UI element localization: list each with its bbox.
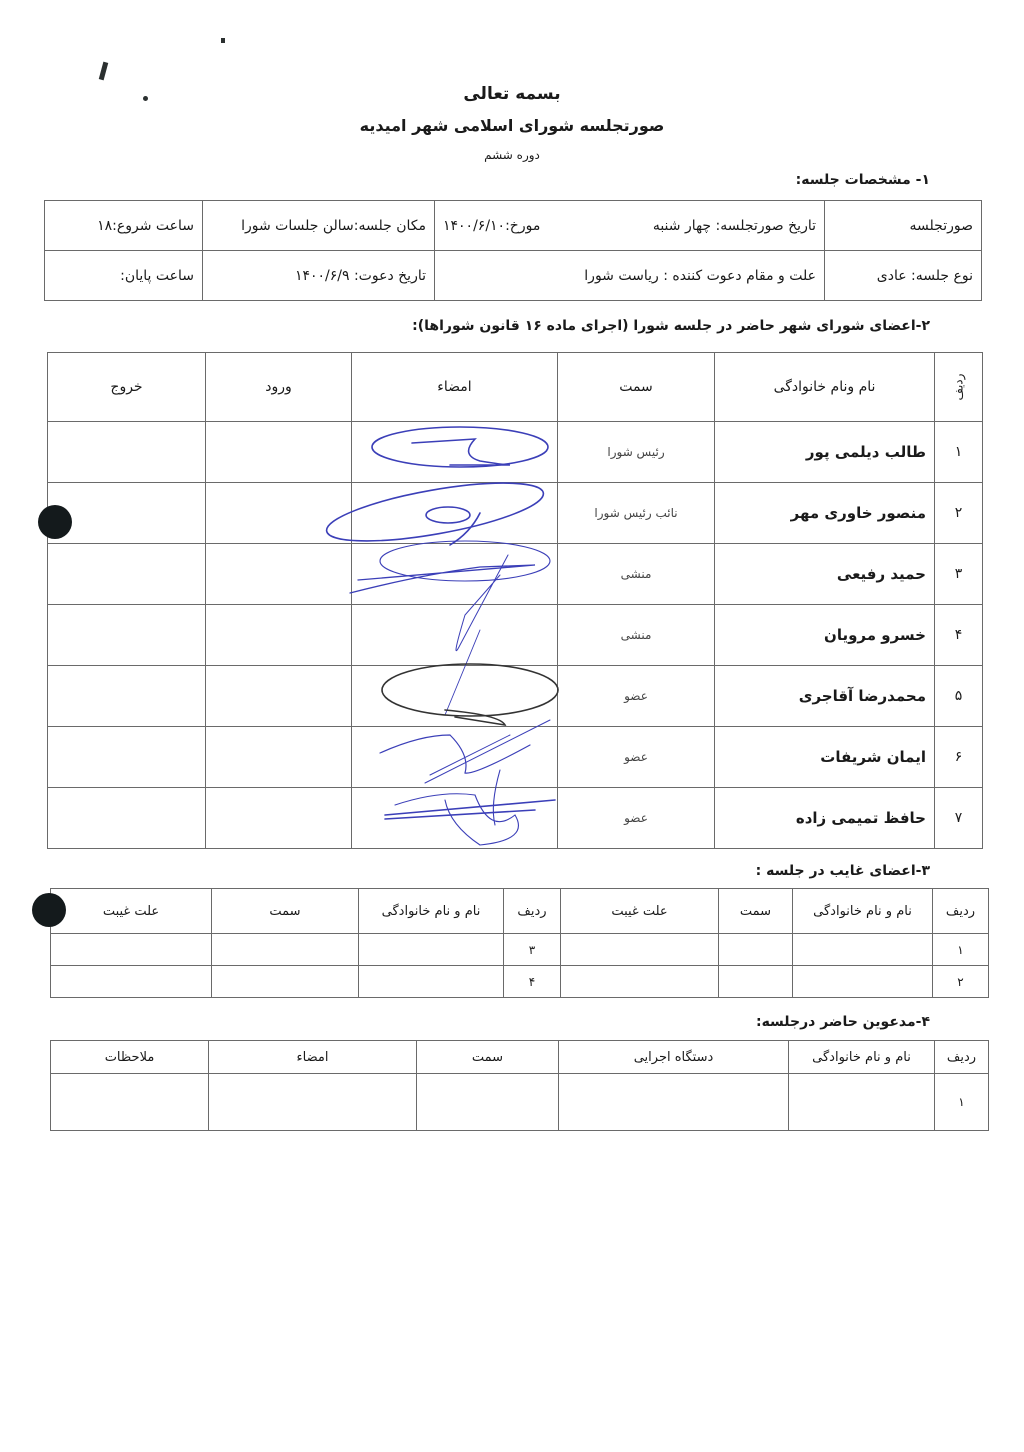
absence-reason — [51, 934, 212, 966]
header-signature: امضاء — [352, 353, 558, 422]
member-name: طالب دیلمی پور — [715, 422, 935, 483]
meeting-info-row: صورتجلسه تاریخ صورتجلسه: چهار شنبه مورخ:… — [45, 201, 982, 251]
header-full-name: نام و نام خانوادگی — [789, 1041, 935, 1074]
entry-cell — [206, 788, 352, 849]
signature-cell — [352, 788, 558, 849]
meeting-info-table: صورتجلسه تاریخ صورتجلسه: چهار شنبه مورخ:… — [44, 200, 982, 301]
header-exit: خروج — [48, 353, 206, 422]
bismillah-heading: بسمه تعالی — [0, 84, 1024, 104]
signature-cell — [352, 727, 558, 788]
header-full-name: نام و نام خانوادگی — [793, 889, 933, 934]
absent-name — [793, 966, 933, 998]
member-role: منشی — [558, 605, 715, 666]
header-entry: ورود — [206, 353, 352, 422]
minutes-date-value: مورخ:۱۴۰۰/۶/۱۰ — [443, 218, 540, 234]
invitee-role — [417, 1074, 559, 1131]
section1-label: ۱- مشخصات جلسه: — [796, 172, 930, 188]
entry-cell — [206, 666, 352, 727]
row-number: ۳ — [504, 934, 561, 966]
row-number: ۱ — [935, 422, 983, 483]
row-number: ۵ — [935, 666, 983, 727]
member-name: منصور خاوری مهر — [715, 483, 935, 544]
table-row: ۲ منصور خاوری مهر نائب رئیس شورا — [48, 483, 983, 544]
document-title: صورتجلسه شورای اسلامی شهر امیدیه — [0, 116, 1024, 135]
table-row: ۱ ۳ — [51, 934, 989, 966]
minutes-date-cell: تاریخ صورتجلسه: چهار شنبه مورخ:۱۴۰۰/۶/۱۰ — [435, 201, 825, 251]
member-role: نائب رئیس شورا — [558, 483, 715, 544]
header-notes: ملاحظات — [51, 1041, 209, 1074]
exit-cell — [48, 727, 206, 788]
absence-reason — [51, 966, 212, 998]
header-full-name: نام ونام خانوادگی — [715, 353, 935, 422]
entry-cell — [206, 544, 352, 605]
row-number: ۳ — [935, 544, 983, 605]
header-row-number: ردیف — [504, 889, 561, 934]
header-row-number: ردیف — [935, 1041, 989, 1074]
absent-role — [719, 934, 793, 966]
absent-name — [793, 934, 933, 966]
absent-name — [359, 966, 504, 998]
invitation-date: تاریخ دعوت: ۱۴۰۰/۶/۹ — [203, 251, 435, 301]
exit-cell — [48, 483, 206, 544]
punch-hole — [32, 893, 66, 927]
minutes-date-label: تاریخ صورتجلسه: چهار شنبه — [653, 218, 816, 234]
header-row-number-text: ردیف — [952, 374, 966, 401]
table-row: ۵ محمدرضا آقاجری عضو — [48, 666, 983, 727]
present-members-table: ردیف نام ونام خانوادگی سمت امضاء ورود خر… — [47, 352, 983, 849]
meeting-type: نوع جلسه: عادی — [825, 251, 982, 301]
invitee-notes — [51, 1074, 209, 1131]
table-row: ۴ خسرو مرویان منشی — [48, 605, 983, 666]
signature-cell — [352, 483, 558, 544]
exit-cell — [48, 666, 206, 727]
entry-cell — [206, 422, 352, 483]
invitee-signature — [209, 1074, 417, 1131]
member-name: ایمان شریفات — [715, 727, 935, 788]
exit-cell — [48, 788, 206, 849]
member-role: عضو — [558, 666, 715, 727]
table-row: ۶ ایمان شریفات عضو — [48, 727, 983, 788]
section4-label: ۴-مدعوین حاضر درجلسه: — [756, 1014, 930, 1030]
meeting-info-row: نوع جلسه: عادی علت و مقام دعوت کننده : ر… — [45, 251, 982, 301]
row-number: ۱ — [935, 1074, 989, 1131]
header-position: سمت — [212, 889, 359, 934]
member-role: رئیس شورا — [558, 422, 715, 483]
members-header-row: ردیف نام ونام خانوادگی سمت امضاء ورود خر… — [48, 353, 983, 422]
header-position: سمت — [719, 889, 793, 934]
table-row: ۱ — [51, 1074, 989, 1131]
row-number: ۲ — [933, 966, 989, 998]
member-name: خسرو مرویان — [715, 605, 935, 666]
start-time: ساعت شروع:۱۸ — [45, 201, 203, 251]
table-row: ۲ ۴ — [51, 966, 989, 998]
inviter: علت و مقام دعوت کننده : ریاست شورا — [435, 251, 825, 301]
header-position: سمت — [417, 1041, 559, 1074]
section3-label: ۳-اعضای غایب در جلسه : — [756, 863, 930, 879]
row-number: ۲ — [935, 483, 983, 544]
invitee-name — [789, 1074, 935, 1131]
entry-cell — [206, 483, 352, 544]
minutes-label: صورتجلسه — [825, 201, 982, 251]
council-term: دوره ششم — [0, 148, 1024, 162]
header-absence-reason: علت غیبت — [561, 889, 719, 934]
exit-cell — [48, 605, 206, 666]
scan-artifact — [221, 38, 225, 43]
member-name: حافظ تمیمی زاده — [715, 788, 935, 849]
header-position: سمت — [558, 353, 715, 422]
row-number: ۱ — [933, 934, 989, 966]
row-number: ۴ — [935, 605, 983, 666]
absent-role — [212, 966, 359, 998]
signature-cell — [352, 666, 558, 727]
header-organization: دستگاه اجرایی — [559, 1041, 789, 1074]
invitees-header-row: ردیف نام و نام خانوادگی دستگاه اجرایی سم… — [51, 1041, 989, 1074]
row-number: ۶ — [935, 727, 983, 788]
punch-hole — [38, 505, 72, 539]
absent-role — [212, 934, 359, 966]
member-role: عضو — [558, 788, 715, 849]
meeting-location: مکان جلسه:سالن جلسات شورا — [203, 201, 435, 251]
member-name: حمید رفیعی — [715, 544, 935, 605]
table-row: ۷ حافظ تمیمی زاده عضو — [48, 788, 983, 849]
invitees-table: ردیف نام و نام خانوادگی دستگاه اجرایی سم… — [50, 1040, 989, 1131]
header-full-name: نام و نام خانوادگی — [359, 889, 504, 934]
invitee-organization — [559, 1074, 789, 1131]
row-number: ۷ — [935, 788, 983, 849]
header-row-number: ردیف — [935, 353, 983, 422]
document-page: بسمه تعالی صورتجلسه شورای اسلامی شهر امی… — [0, 0, 1024, 1452]
member-name: محمدرضا آقاجری — [715, 666, 935, 727]
exit-cell — [48, 544, 206, 605]
entry-cell — [206, 727, 352, 788]
absence-reason — [561, 966, 719, 998]
absence-reason — [561, 934, 719, 966]
end-time: ساعت پایان: — [45, 251, 203, 301]
header-absence-reason: علت غیبت — [51, 889, 212, 934]
member-role: عضو — [558, 727, 715, 788]
absent-name — [359, 934, 504, 966]
signature-cell — [352, 422, 558, 483]
absent-header-row: ردیف نام و نام خانوادگی سمت علت غیبت ردی… — [51, 889, 989, 934]
absent-members-table: ردیف نام و نام خانوادگی سمت علت غیبت ردی… — [50, 888, 989, 998]
exit-cell — [48, 422, 206, 483]
absent-role — [719, 966, 793, 998]
scan-artifact — [99, 62, 108, 81]
entry-cell — [206, 605, 352, 666]
row-number: ۴ — [504, 966, 561, 998]
member-role: منشی — [558, 544, 715, 605]
section2-label: ۲-اعضای شورای شهر حاضر در جلسه شورا (اجر… — [412, 318, 930, 334]
header-signature: امضاء — [209, 1041, 417, 1074]
signature-cell — [352, 544, 558, 605]
table-row: ۳ حمید رفیعی منشی — [48, 544, 983, 605]
signature-cell — [352, 605, 558, 666]
header-row-number: ردیف — [933, 889, 989, 934]
table-row: ۱ طالب دیلمی پور رئیس شورا — [48, 422, 983, 483]
